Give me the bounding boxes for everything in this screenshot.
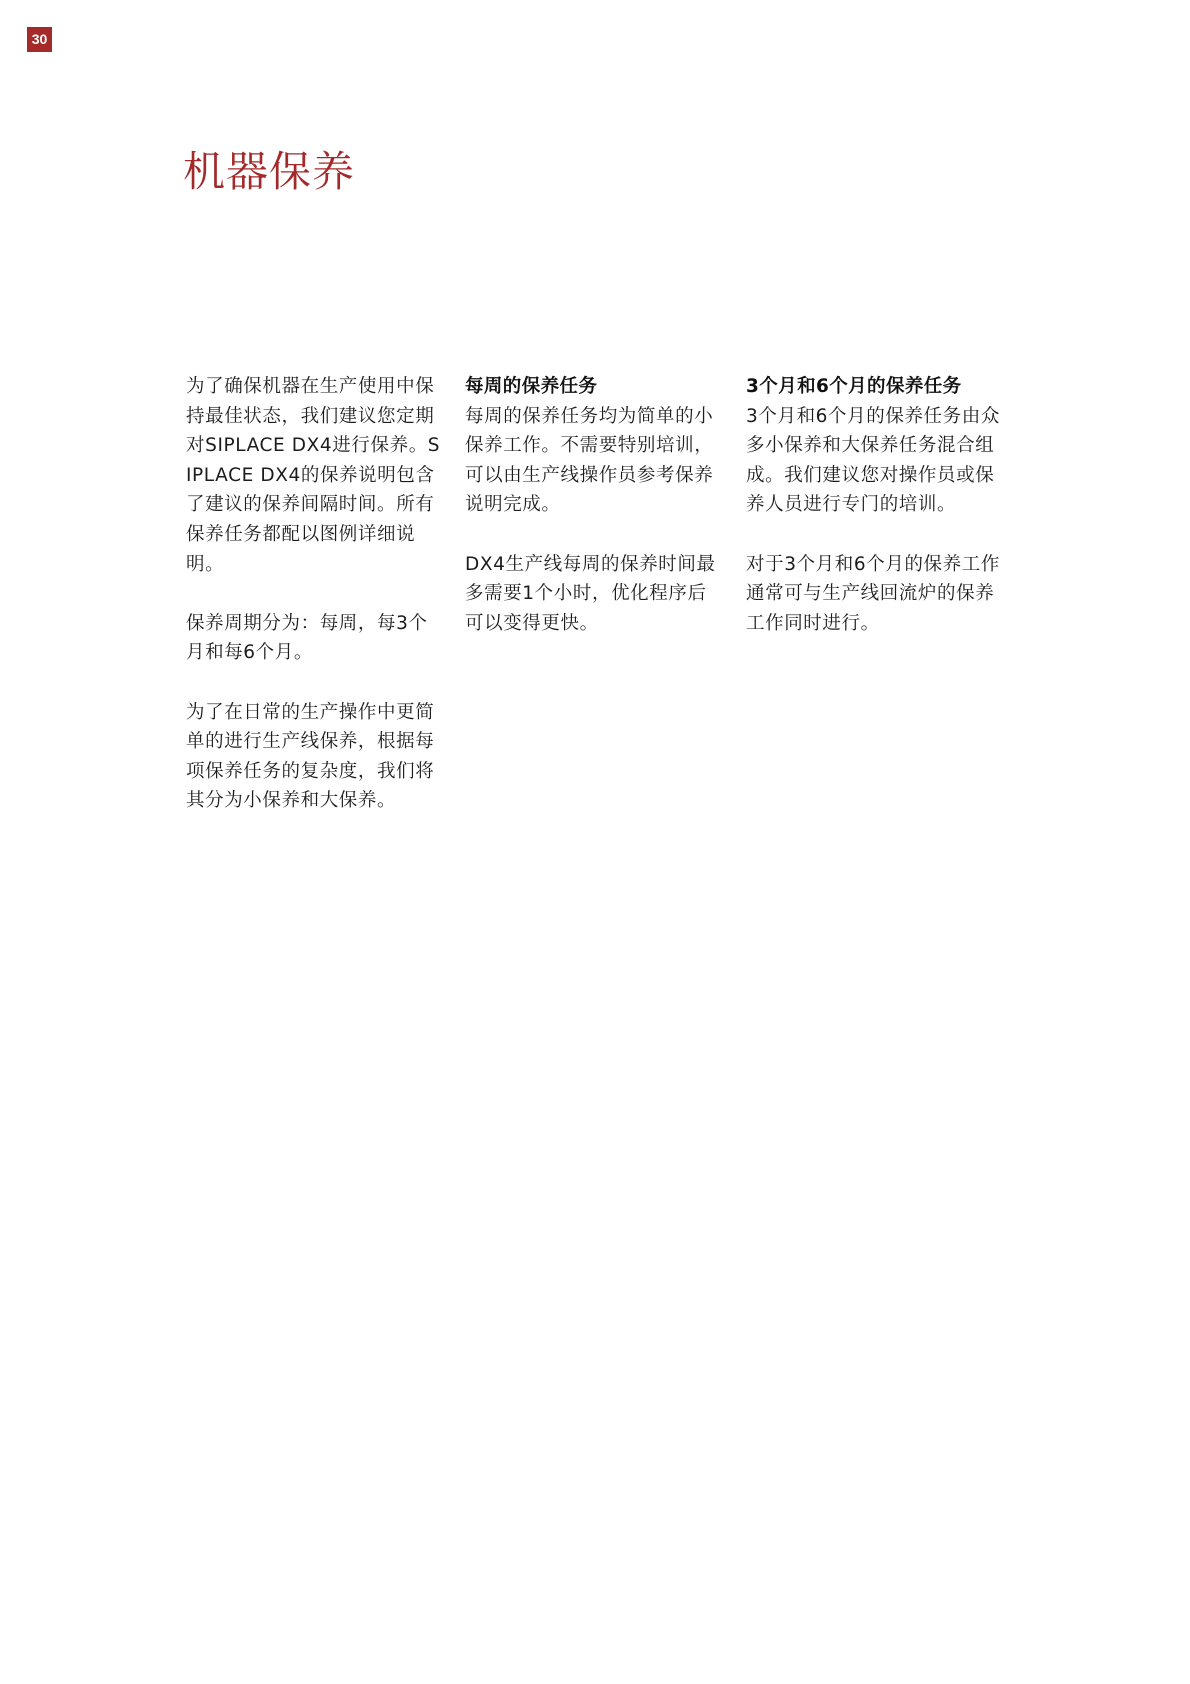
weekly-tasks-heading: 每周的保养任务 [465,372,721,402]
column-quarterly-tasks: 3个月和6个月的保养任务 3个月和6个月的保养任务由众多小保养和大保养任务混合组… [746,372,1002,668]
quarterly-paragraph-2: 对于3个月和6个月的保养工作通常可与生产线回流炉的保养工作同时进行。 [746,550,1002,639]
column-intro: 为了确保机器在生产使用中保持最佳状态，我们建议您定期对SIPLACE DX4进行… [186,372,442,846]
page-number-badge: 30 [27,27,52,52]
intro-paragraph-3: 为了在日常的生产操作中更简单的进行生产线保养，根据每项保养任务的复杂度，我们将其… [186,698,442,816]
quarterly-paragraph-1: 3个月和6个月的保养任务由众多小保养和大保养任务混合组成。我们建议您对操作员或保… [746,402,1002,520]
weekly-paragraph-2: DX4生产线每周的保养时间最多需要1个小时，优化程序后可以变得更快。 [465,550,721,639]
page-title: 机器保养 [183,144,355,200]
intro-paragraph-2: 保养周期分为：每周，每3个月和每6个月。 [186,609,442,668]
quarterly-tasks-heading: 3个月和6个月的保养任务 [746,372,1002,402]
weekly-paragraph-1: 每周的保养任务均为简单的小保养工作。不需要特别培训，可以由生产线操作员参考保养说… [465,402,721,520]
column-weekly-tasks: 每周的保养任务 每周的保养任务均为简单的小保养工作。不需要特别培训，可以由生产线… [465,372,721,668]
intro-paragraph-1: 为了确保机器在生产使用中保持最佳状态，我们建议您定期对SIPLACE DX4进行… [186,372,442,579]
